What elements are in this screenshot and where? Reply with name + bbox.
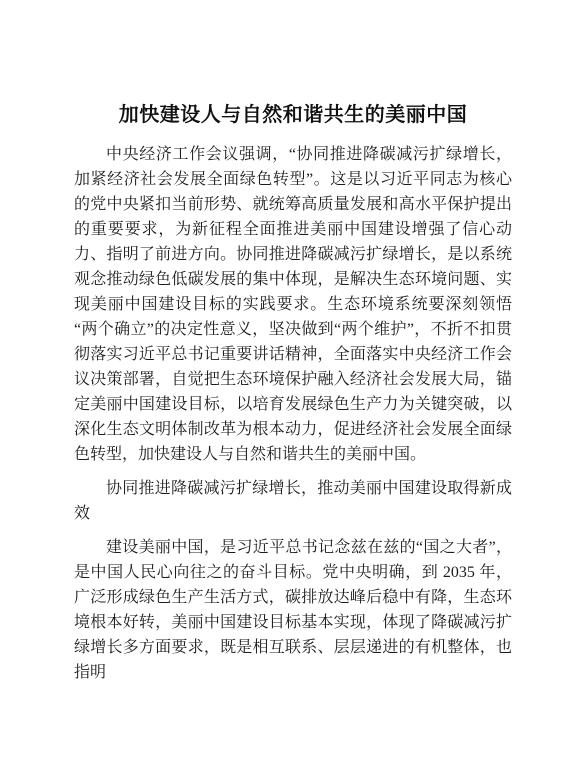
document-page: 加快建设人与自然和谐共生的美丽中国 中央经济工作会议强调，“协同推进降碳减污扩绿… bbox=[0, 0, 586, 759]
document-title: 加快建设人与自然和谐共生的美丽中国 bbox=[0, 0, 586, 128]
document-body: 中央经济工作会议强调，“协同推进降碳减污扩绿增长，加紧经济社会发展全面绿色转型”… bbox=[74, 142, 512, 685]
paragraph-section-heading: 协同推进降碳减污扩绿增长，推动美丽中国建设取得新成效 bbox=[74, 476, 512, 526]
paragraph-section-body: 建设美丽中国，是习近平总书记念兹在兹的“国之大者”，是中国人民心向往之的奋斗目标… bbox=[74, 535, 512, 685]
paragraph-intro: 中央经济工作会议强调，“协同推进降碳减污扩绿增长，加紧经济社会发展全面绿色转型”… bbox=[74, 142, 512, 467]
